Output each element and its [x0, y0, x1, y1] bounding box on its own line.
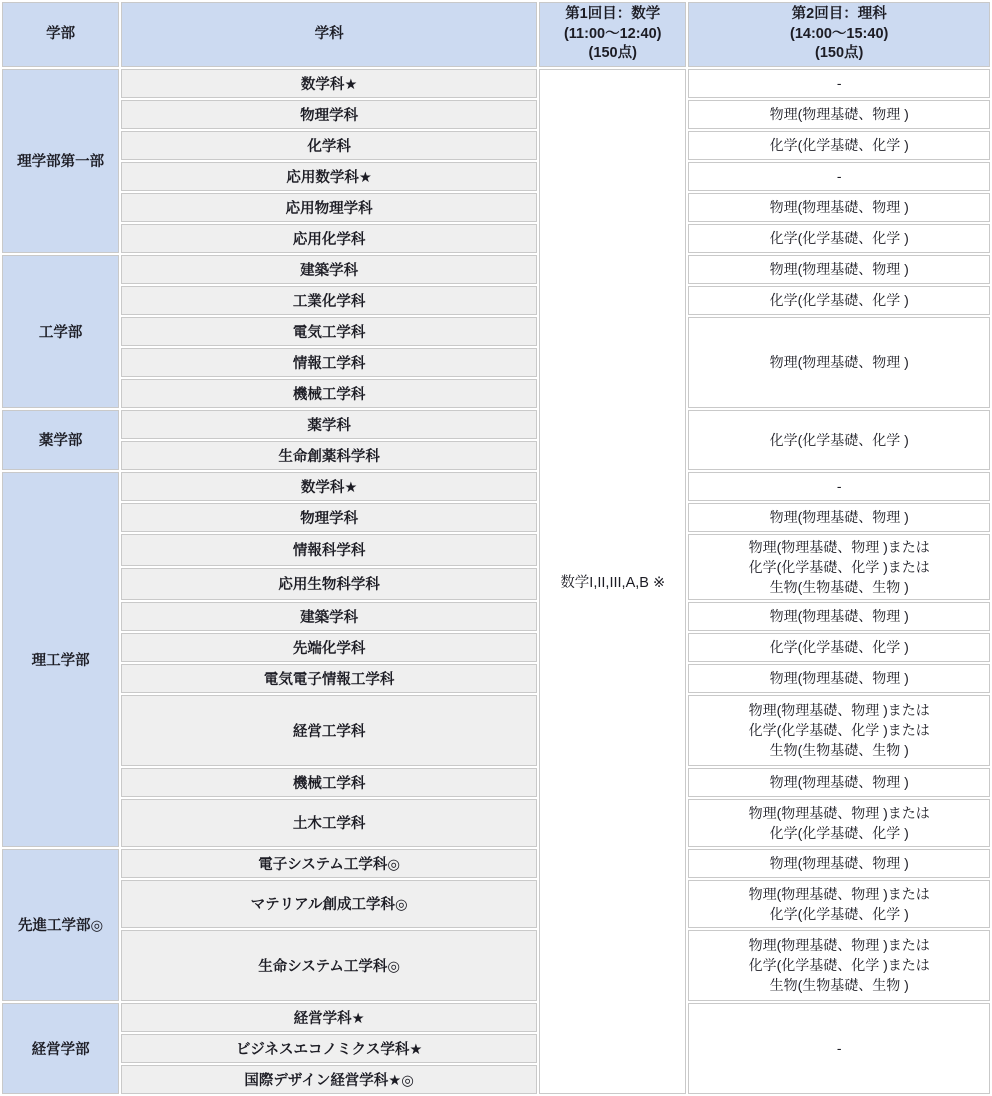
department-cell: 化学科	[121, 131, 537, 160]
department-cell: 薬学科	[121, 410, 537, 439]
department-cell: 応用数学科★	[121, 162, 537, 191]
department-cell: 国際デザイン経営学科★◎	[121, 1065, 537, 1094]
department-cell: 機械工学科	[121, 768, 537, 797]
department-cell: ビジネスエコノミクス学科★	[121, 1034, 537, 1063]
table-row: 先端化学科 化学(化学基礎、化学 )	[2, 633, 990, 662]
department-cell: 先端化学科	[121, 633, 537, 662]
science-cell: 物理(物理基礎、物理 )	[688, 602, 990, 631]
science-cell: 物理(物理基礎、物理 )	[688, 849, 990, 878]
science-cell: 化学(化学基礎、化学 )	[688, 286, 990, 315]
science-cell: -	[688, 69, 990, 98]
science-cell: 化学(化学基礎、化学 )	[688, 633, 990, 662]
science-cell: 化学(化学基礎、化学 )	[688, 410, 990, 470]
department-cell: 応用化学科	[121, 224, 537, 253]
table-row: 機械工学科 物理(物理基礎、物理 )	[2, 768, 990, 797]
table-row: 応用物理学科 物理(物理基礎、物理 )	[2, 193, 990, 222]
table-row: 経営学部 経営学科★ -	[2, 1003, 990, 1032]
table-row: 薬学部 薬学科 化学(化学基礎、化学 )	[2, 410, 990, 439]
table-row: 電気工学科 物理(物理基礎、物理 )	[2, 317, 990, 346]
table-row: 工業化学科 化学(化学基礎、化学 )	[2, 286, 990, 315]
department-cell: 電子システム工学科◎	[121, 849, 537, 878]
department-cell: 経営工学科	[121, 695, 537, 766]
table-row: 電気電子情報工学科 物理(物理基礎、物理 )	[2, 664, 990, 693]
science-cell: 化学(化学基礎、化学 )	[688, 131, 990, 160]
faculty-cell: 理学部第一部	[2, 69, 119, 253]
math-subject-cell: 数学I,II,III,A,B ※	[539, 69, 686, 1094]
faculty-cell: 薬学部	[2, 410, 119, 470]
faculty-cell: 経営学部	[2, 1003, 119, 1094]
department-cell: 物理学科	[121, 503, 537, 532]
department-cell: 工業化学科	[121, 286, 537, 315]
table-row: 理工学部 数学科★ -	[2, 472, 990, 501]
faculty-cell: 工学部	[2, 255, 119, 408]
table-row: 経営工学科 物理(物理基礎、物理 )または 化学(化学基礎、化学 )または 生物…	[2, 695, 990, 766]
table-row: 生命システム工学科◎ 物理(物理基礎、物理 )または 化学(化学基礎、化学 )ま…	[2, 930, 990, 1001]
header-exam1-math: 第1回目：数学 (11:00〜12:40) (150点)	[539, 2, 686, 67]
header-faculty: 学部	[2, 2, 119, 67]
science-cell: 物理(物理基礎、物理 )または 化学(化学基礎、化学 )または 生物(生物基礎、…	[688, 695, 990, 766]
science-cell: 物理(物理基礎、物理 )または 化学(化学基礎、化学 )または 生物(生物基礎、…	[688, 534, 990, 600]
department-cell: 電気電子情報工学科	[121, 664, 537, 693]
science-cell: 化学(化学基礎、化学 )	[688, 224, 990, 253]
table-row: 理学部第一部 数学科★ 数学I,II,III,A,B ※ -	[2, 69, 990, 98]
department-cell: 数学科★	[121, 472, 537, 501]
table-row: マテリアル創成工学科◎ 物理(物理基礎、物理 )または 化学(化学基礎、化学 )	[2, 880, 990, 928]
department-cell: 応用生物科学科	[121, 568, 537, 600]
science-cell: 物理(物理基礎、物理 )	[688, 317, 990, 408]
science-cell: 物理(物理基礎、物理 )または 化学(化学基礎、化学 )	[688, 880, 990, 928]
department-cell: 機械工学科	[121, 379, 537, 408]
table-row: 物理学科 物理(物理基礎、物理 )	[2, 100, 990, 129]
table-row: 物理学科 物理(物理基礎、物理 )	[2, 503, 990, 532]
table-row: 応用化学科 化学(化学基礎、化学 )	[2, 224, 990, 253]
department-cell: 情報工学科	[121, 348, 537, 377]
header-department: 学科	[121, 2, 537, 67]
science-cell: 物理(物理基礎、物理 )	[688, 503, 990, 532]
department-cell: 情報科学科	[121, 534, 537, 566]
department-cell: 応用物理学科	[121, 193, 537, 222]
science-cell: 物理(物理基礎、物理 )	[688, 768, 990, 797]
table-row: 応用数学科★ -	[2, 162, 990, 191]
header-exam2-science: 第2回目：理科 (14:00〜15:40) (150点)	[688, 2, 990, 67]
table-row: 工学部 建築学科 物理(物理基礎、物理 )	[2, 255, 990, 284]
science-cell: 物理(物理基礎、物理 )	[688, 664, 990, 693]
science-cell: 物理(物理基礎、物理 )または 化学(化学基礎、化学 )または 生物(生物基礎、…	[688, 930, 990, 1001]
table-row: 土木工学科 物理(物理基礎、物理 )または 化学(化学基礎、化学 )	[2, 799, 990, 847]
department-cell: 生命システム工学科◎	[121, 930, 537, 1001]
department-cell: 建築学科	[121, 255, 537, 284]
science-cell: 物理(物理基礎、物理 )	[688, 193, 990, 222]
table-row: 建築学科 物理(物理基礎、物理 )	[2, 602, 990, 631]
science-cell: -	[688, 162, 990, 191]
table-row: 情報科学科 物理(物理基礎、物理 )または 化学(化学基礎、化学 )または 生物…	[2, 534, 990, 566]
department-cell: マテリアル創成工学科◎	[121, 880, 537, 928]
department-cell: 経営学科★	[121, 1003, 537, 1032]
department-cell: 土木工学科	[121, 799, 537, 847]
department-cell: 電気工学科	[121, 317, 537, 346]
department-cell: 生命創薬科学科	[121, 441, 537, 470]
exam-schedule-table: 学部 学科 第1回目：数学 (11:00〜12:40) (150点) 第2回目：…	[0, 0, 992, 1096]
science-cell: -	[688, 1003, 990, 1094]
science-cell: 物理(物理基礎、物理 )	[688, 100, 990, 129]
department-cell: 建築学科	[121, 602, 537, 631]
department-cell: 数学科★	[121, 69, 537, 98]
faculty-cell: 理工学部	[2, 472, 119, 847]
science-cell: -	[688, 472, 990, 501]
header-row: 学部 学科 第1回目：数学 (11:00〜12:40) (150点) 第2回目：…	[2, 2, 990, 67]
table-row: 化学科 化学(化学基礎、化学 )	[2, 131, 990, 160]
science-cell: 物理(物理基礎、物理 )	[688, 255, 990, 284]
department-cell: 物理学科	[121, 100, 537, 129]
faculty-cell: 先進工学部◎	[2, 849, 119, 1001]
table-row: 先進工学部◎ 電子システム工学科◎ 物理(物理基礎、物理 )	[2, 849, 990, 878]
science-cell: 物理(物理基礎、物理 )または 化学(化学基礎、化学 )	[688, 799, 990, 847]
